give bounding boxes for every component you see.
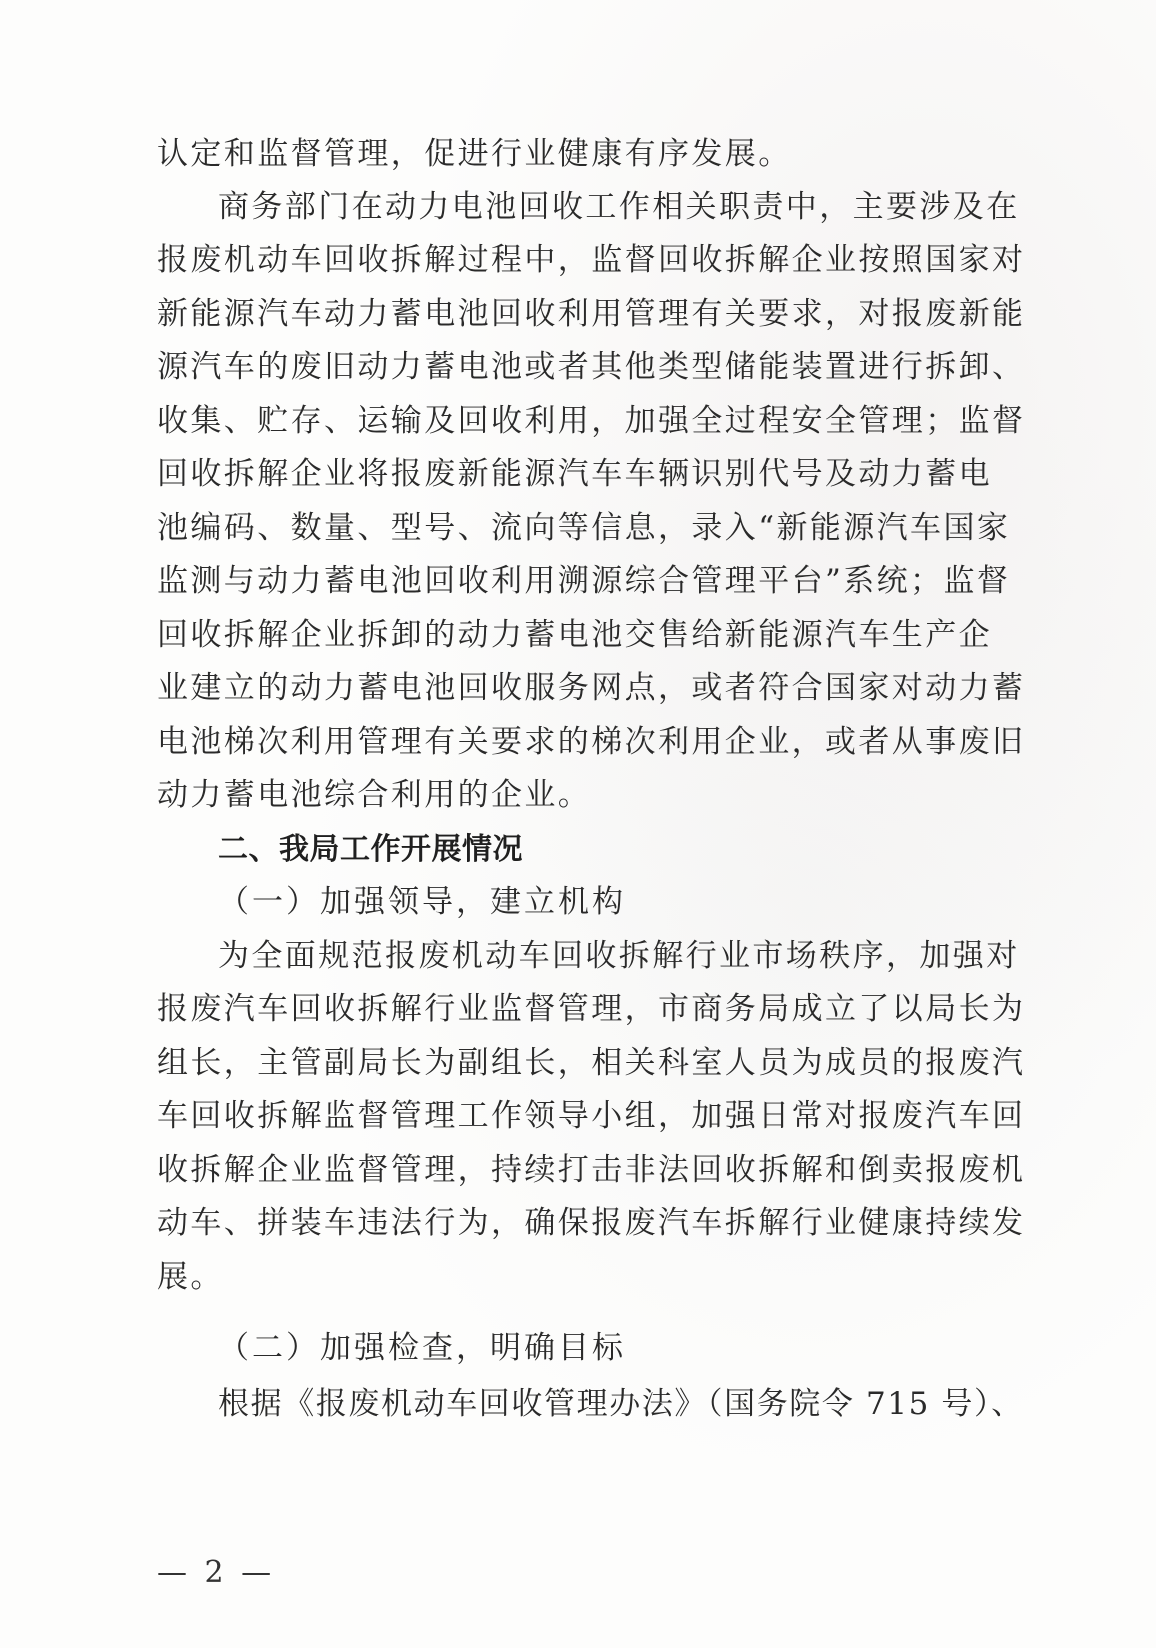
subsection-heading: （二）加强检查，明确目标	[218, 1322, 1008, 1375]
paragraph-line: 收集、贮存、运输及回收利用，加强全过程安全管理；监督	[157, 395, 947, 448]
paragraph-line: 回收拆解企业将报废新能源汽车车辆识别代号及动力蓄电	[157, 448, 947, 501]
paragraph-line: 动力蓄电池综合利用的企业。	[157, 769, 947, 822]
paragraph-line: 收拆解企业监督管理，持续打击非法回收拆解和倒卖报废机	[157, 1144, 947, 1197]
paragraph-line: 回收拆解企业拆卸的动力蓄电池交售给新能源汽车生产企	[157, 609, 947, 662]
paragraph-line: 展。	[157, 1251, 947, 1304]
paragraph-line: 新能源汽车动力蓄电池回收利用管理有关要求，对报废新能	[157, 288, 947, 341]
page-number: — 2 —	[157, 1555, 275, 1590]
subsection-heading: （一）加强领导，建立机构	[218, 876, 1008, 929]
paragraph-line: 源汽车的废旧动力蓄电池或者其他类型储能装置进行拆卸、	[157, 341, 947, 394]
paragraph-line: 监测与动力蓄电池回收利用溯源综合管理平台”系统；监督	[157, 555, 947, 608]
section-heading: 二、我局工作开展情况	[218, 823, 1008, 876]
paragraph-line: 报废汽车回收拆解行业监督管理，市商务局成立了以局长为	[157, 983, 947, 1036]
paragraph-line: 组长，主管副局长为副组长，相关科室人员为成员的报废汽	[157, 1037, 947, 1090]
paragraph-line: 报废机动车回收拆解过程中，监督回收拆解企业按照国家对	[157, 234, 947, 287]
document-page: 认定和监督管理，促进行业健康有序发展。 商务部门在动力电池回收工作相关职责中，主…	[0, 0, 1156, 1648]
paragraph-line: 动车、拼装车违法行为，确保报废汽车拆解行业健康持续发	[157, 1197, 947, 1250]
paragraph-line: 车回收拆解监督管理工作领导小组，加强日常对报废汽车回	[157, 1090, 947, 1143]
paragraph-line: 认定和监督管理，促进行业健康有序发展。	[157, 128, 947, 181]
paragraph-line: 电池梯次利用管理有关要求的梯次利用企业，或者从事废旧	[157, 716, 947, 769]
paragraph-line: 商务部门在动力电池回收工作相关职责中，主要涉及在	[218, 181, 947, 234]
paragraph-line: 根据《报废机动车回收管理办法》（国务院令 715 号）、	[218, 1378, 947, 1431]
paragraph-line: 业建立的动力蓄电池回收服务网点，或者符合国家对动力蓄	[157, 662, 947, 715]
paragraph-line: 池编码、数量、型号、流向等信息，录入“新能源汽车国家	[157, 502, 947, 555]
paragraph-line: 为全面规范报废机动车回收拆解行业市场秩序，加强对	[218, 930, 947, 983]
